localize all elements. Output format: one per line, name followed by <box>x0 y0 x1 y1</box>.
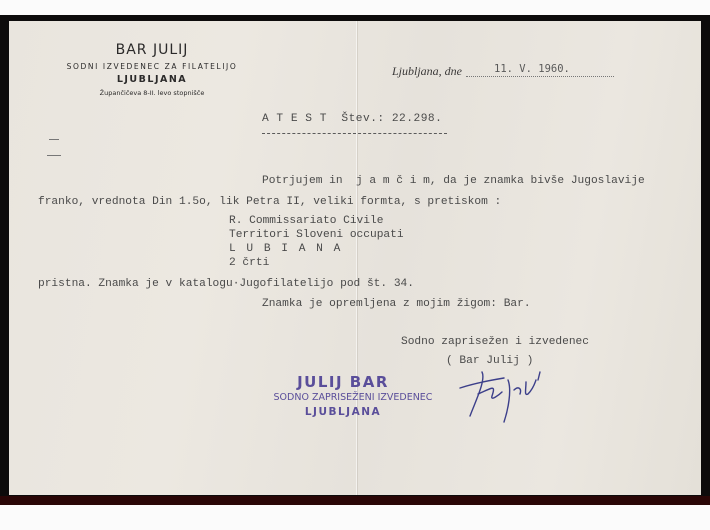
handwritten-signature-icon <box>452 350 552 430</box>
overprint-line-4: 2 črti <box>229 257 269 269</box>
fold-shadow <box>357 21 358 495</box>
stamp-city: LJUBLJANA <box>268 406 418 418</box>
body-line-2: franko, vrednota Din 1.5o, lik Petra II,… <box>38 196 501 208</box>
date-dotted-line <box>466 76 614 77</box>
punch-mark <box>49 139 59 140</box>
certificate-heading: A T E S T Štev.: 22.298. <box>262 113 442 125</box>
letterhead-address: Župančičeva 8-II. levo stopnišče <box>62 89 242 97</box>
body-line-7: pristna. Znamka je v katalogu·Jugofilate… <box>38 278 414 290</box>
body-line-8: Znamka je opremljena z mojim žigom: Bar. <box>262 298 531 310</box>
letterhead-city: LJUBLJANA <box>62 74 242 85</box>
date-label: Ljubljana, dne <box>392 64 462 79</box>
stamp-title: SODNO ZAPRISEŽENI IZVEDENEC <box>258 392 448 403</box>
overprint-line-2: Territori Sloveni occupati <box>229 229 404 241</box>
signature-title: Sodno zaprisežen i izvedenec <box>401 336 589 348</box>
date-value: 11. V. 1960. <box>494 63 570 75</box>
overprint-line-1: R. Commissariato Civile <box>229 215 383 227</box>
body-line-1: Potrjujem in j a m č i m, da je znamka b… <box>262 175 645 187</box>
stamp-name: JULIJ BAR <box>268 373 418 391</box>
overprint-line-3: L U B I A N A <box>229 243 342 255</box>
letterhead-subtitle: SODNI IZVEDENEC ZA FILATELIJO <box>30 62 274 71</box>
bottom-border <box>0 496 710 505</box>
heading-underline <box>262 133 447 134</box>
letterhead-name: BAR JULIJ <box>62 42 242 58</box>
punch-mark <box>47 155 61 156</box>
